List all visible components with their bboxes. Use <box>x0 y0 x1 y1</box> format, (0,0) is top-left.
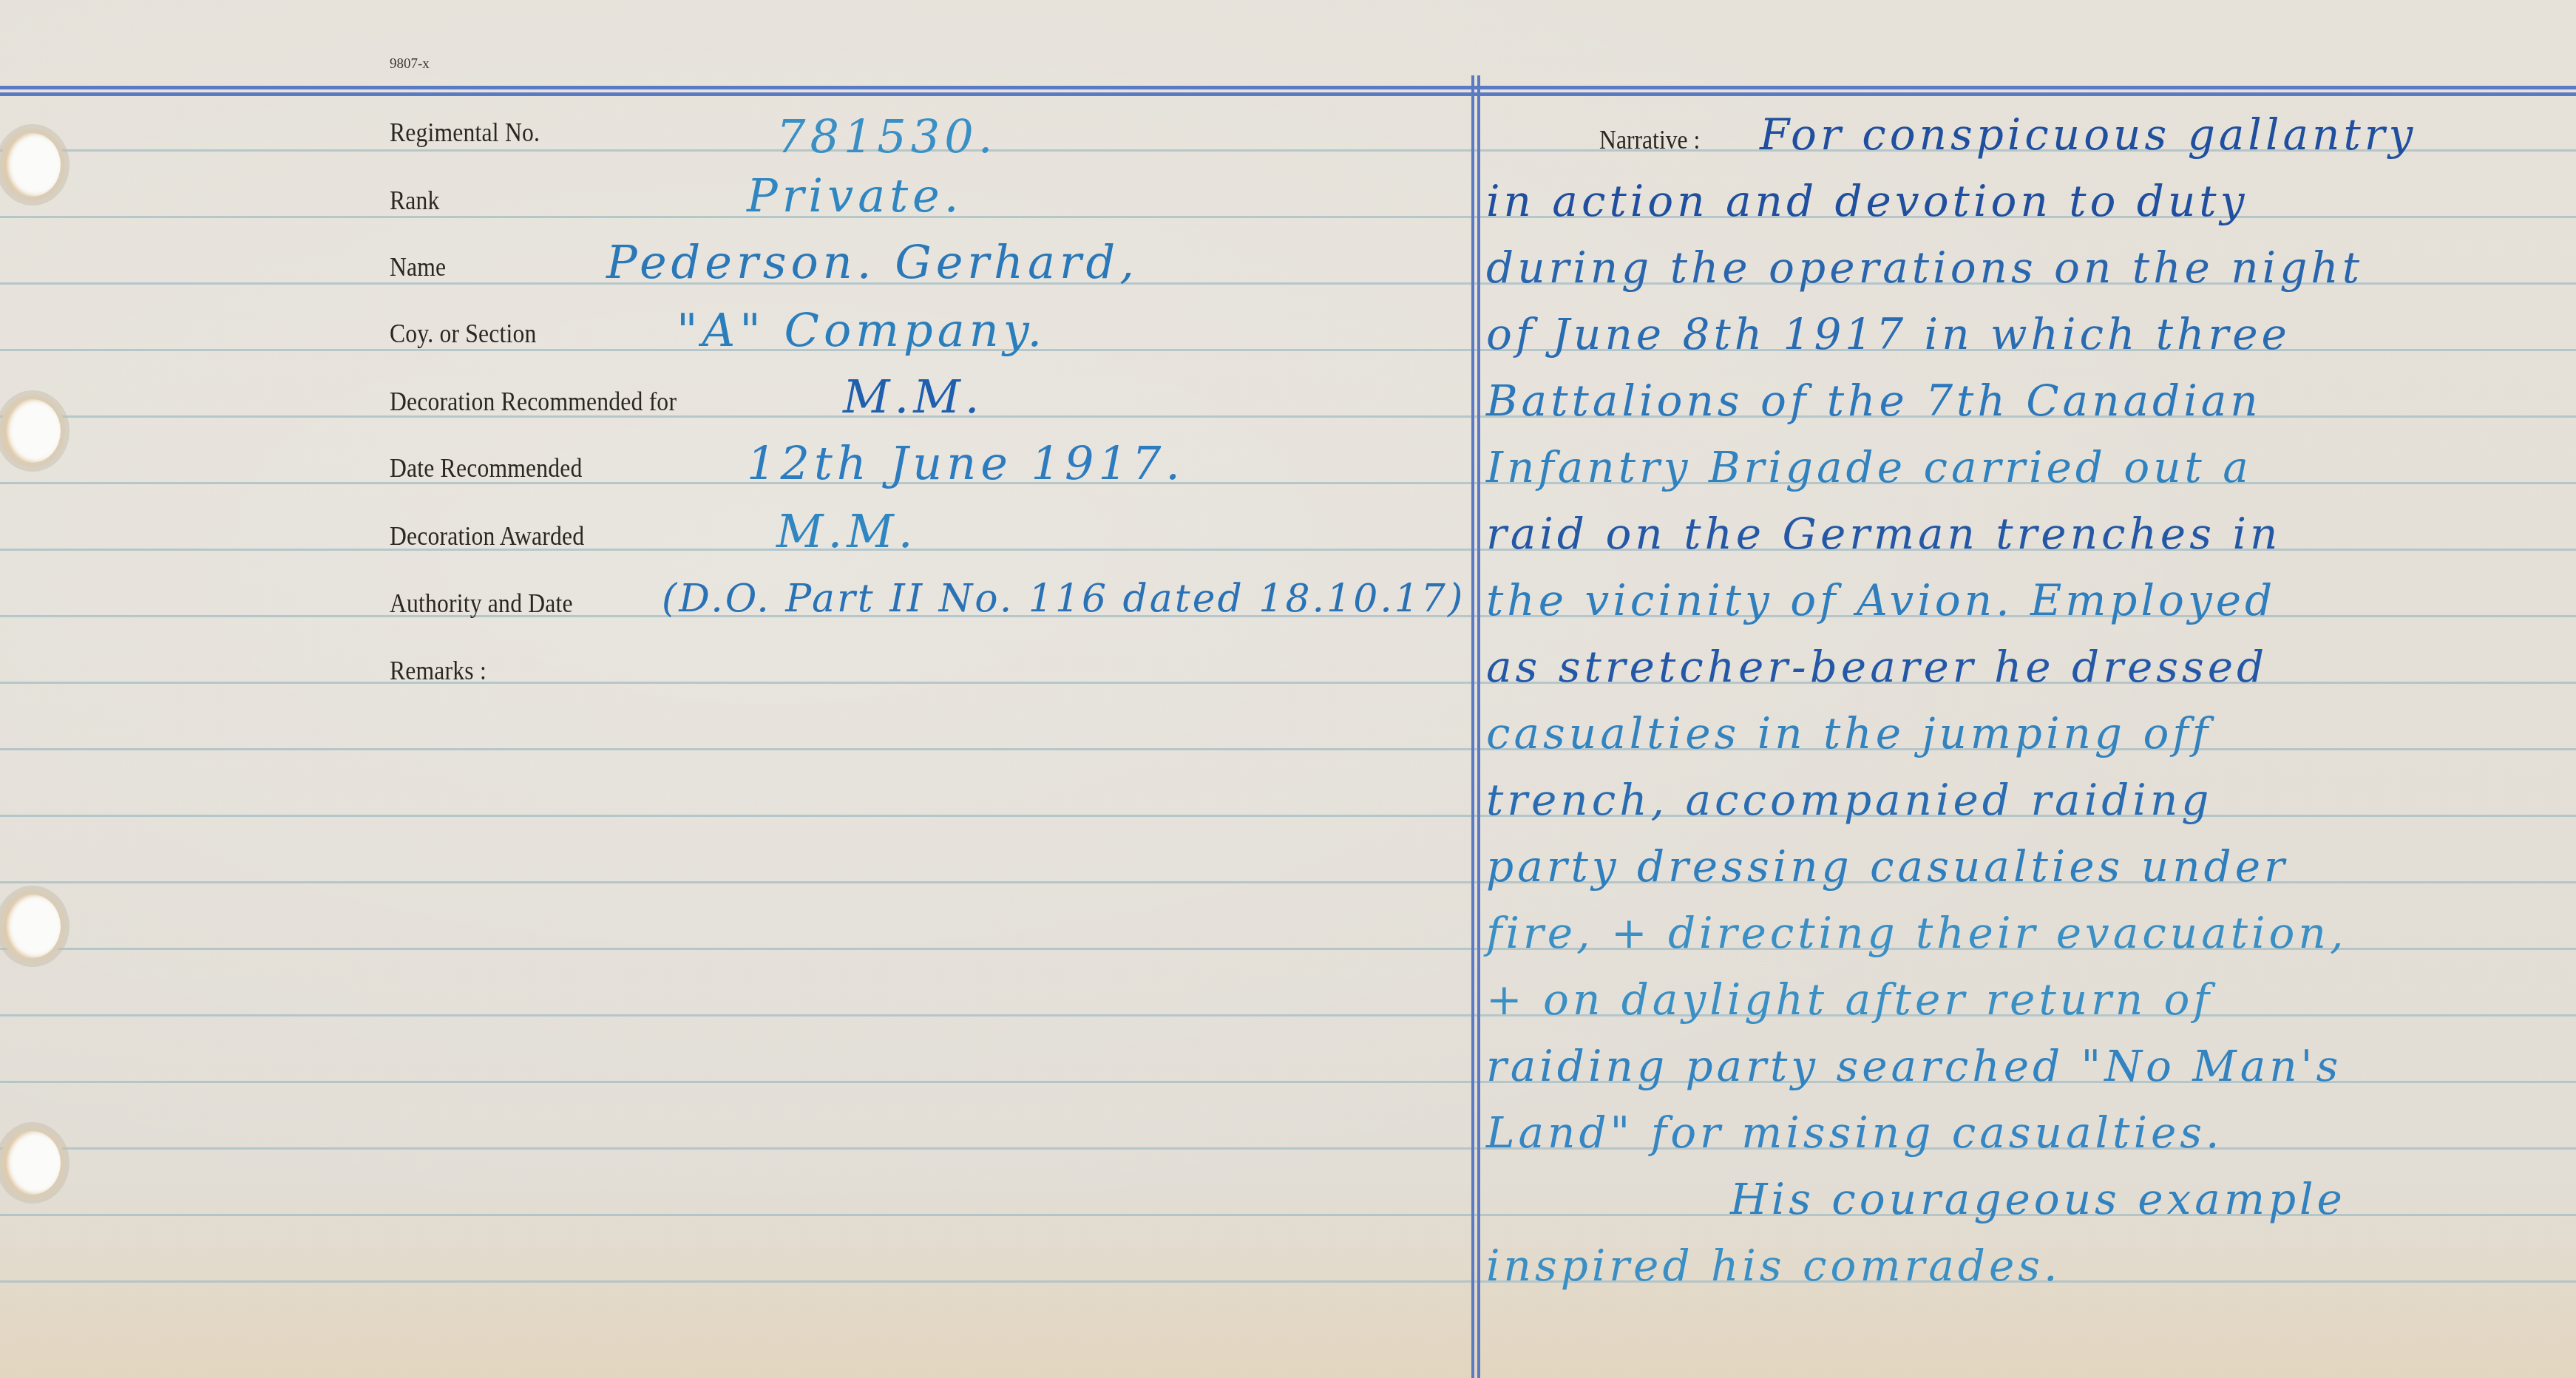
narrative-line: of June 8th 1917 in which three <box>1486 309 2291 359</box>
narrative-line: party dressing casualties under <box>1486 841 2288 892</box>
narrative-line: For conspicuous gallantry <box>1760 109 2416 160</box>
value-decoration-recommended: M.M. <box>843 370 983 424</box>
header-double-rule <box>0 86 2576 96</box>
form-code: 9807-x <box>390 56 430 72</box>
value-coy-or-section: "A" Company. <box>677 303 1046 357</box>
narrative-line: raid on the German trenches in <box>1486 509 2281 559</box>
label-authority-and-date: Authority and Date <box>390 588 573 619</box>
narrative-line: raiding party searched "No Man's <box>1486 1041 2342 1091</box>
narrative-line: Battalions of the 7th Canadian <box>1486 376 2262 426</box>
narrative-line: trench, accompanied raiding <box>1486 775 2212 825</box>
narrative-line: Land" for missing casualties. <box>1486 1107 2223 1158</box>
value-name: Pederson. Gerhard, <box>606 235 1139 289</box>
label-regimental-no: Regimental No. <box>390 117 540 148</box>
value-authority-and-date: (D.O. Part II No. 116 dated 18.10.17) <box>662 577 1465 621</box>
label-rank: Rank <box>390 185 440 216</box>
narrative-line: inspired his comrades. <box>1486 1240 2061 1291</box>
medal-recommendation-card: 9807-x Regimental No. Rank Name Coy. or … <box>0 0 2576 1378</box>
narrative-line: casualties in the jumping off <box>1486 708 2211 758</box>
punch-hole <box>4 1131 61 1195</box>
value-decoration-awarded: M.M. <box>776 504 917 558</box>
ruled-line <box>0 1280 2576 1283</box>
label-coy-or-section: Coy. or Section <box>390 318 537 349</box>
value-date-recommended: 12th June 1917. <box>747 436 1184 490</box>
label-remarks: Remarks : <box>390 655 487 686</box>
narrative-line: in action and devotion to duty <box>1486 176 2248 226</box>
punch-hole <box>4 895 61 958</box>
value-regimental-no: 781530. <box>776 109 997 163</box>
label-decoration-recommended: Decoration Recommended for <box>390 386 677 417</box>
narrative-line: during the operations on the night <box>1486 242 2363 293</box>
column-divider-rule <box>1471 75 1480 1378</box>
narrative-line: as stretcher-bearer he dressed <box>1486 642 2268 692</box>
label-narrative: Narrative : <box>1599 124 1700 155</box>
label-decoration-awarded: Decoration Awarded <box>390 520 584 551</box>
narrative-line: fire, + directing their evacuation, <box>1486 908 2347 958</box>
narrative-line: His courageous example <box>1730 1174 2346 1224</box>
value-rank: Private. <box>747 169 963 223</box>
punch-hole <box>4 399 61 463</box>
narrative-line: the vicinity of Avion. Employed <box>1486 575 2276 625</box>
label-name: Name <box>390 251 446 282</box>
narrative-line: Infantry Brigade carried out a <box>1486 442 2252 492</box>
narrative-line: + on daylight after return of <box>1486 974 2213 1025</box>
label-date-recommended: Date Recommended <box>390 452 583 483</box>
punch-hole <box>4 133 61 197</box>
